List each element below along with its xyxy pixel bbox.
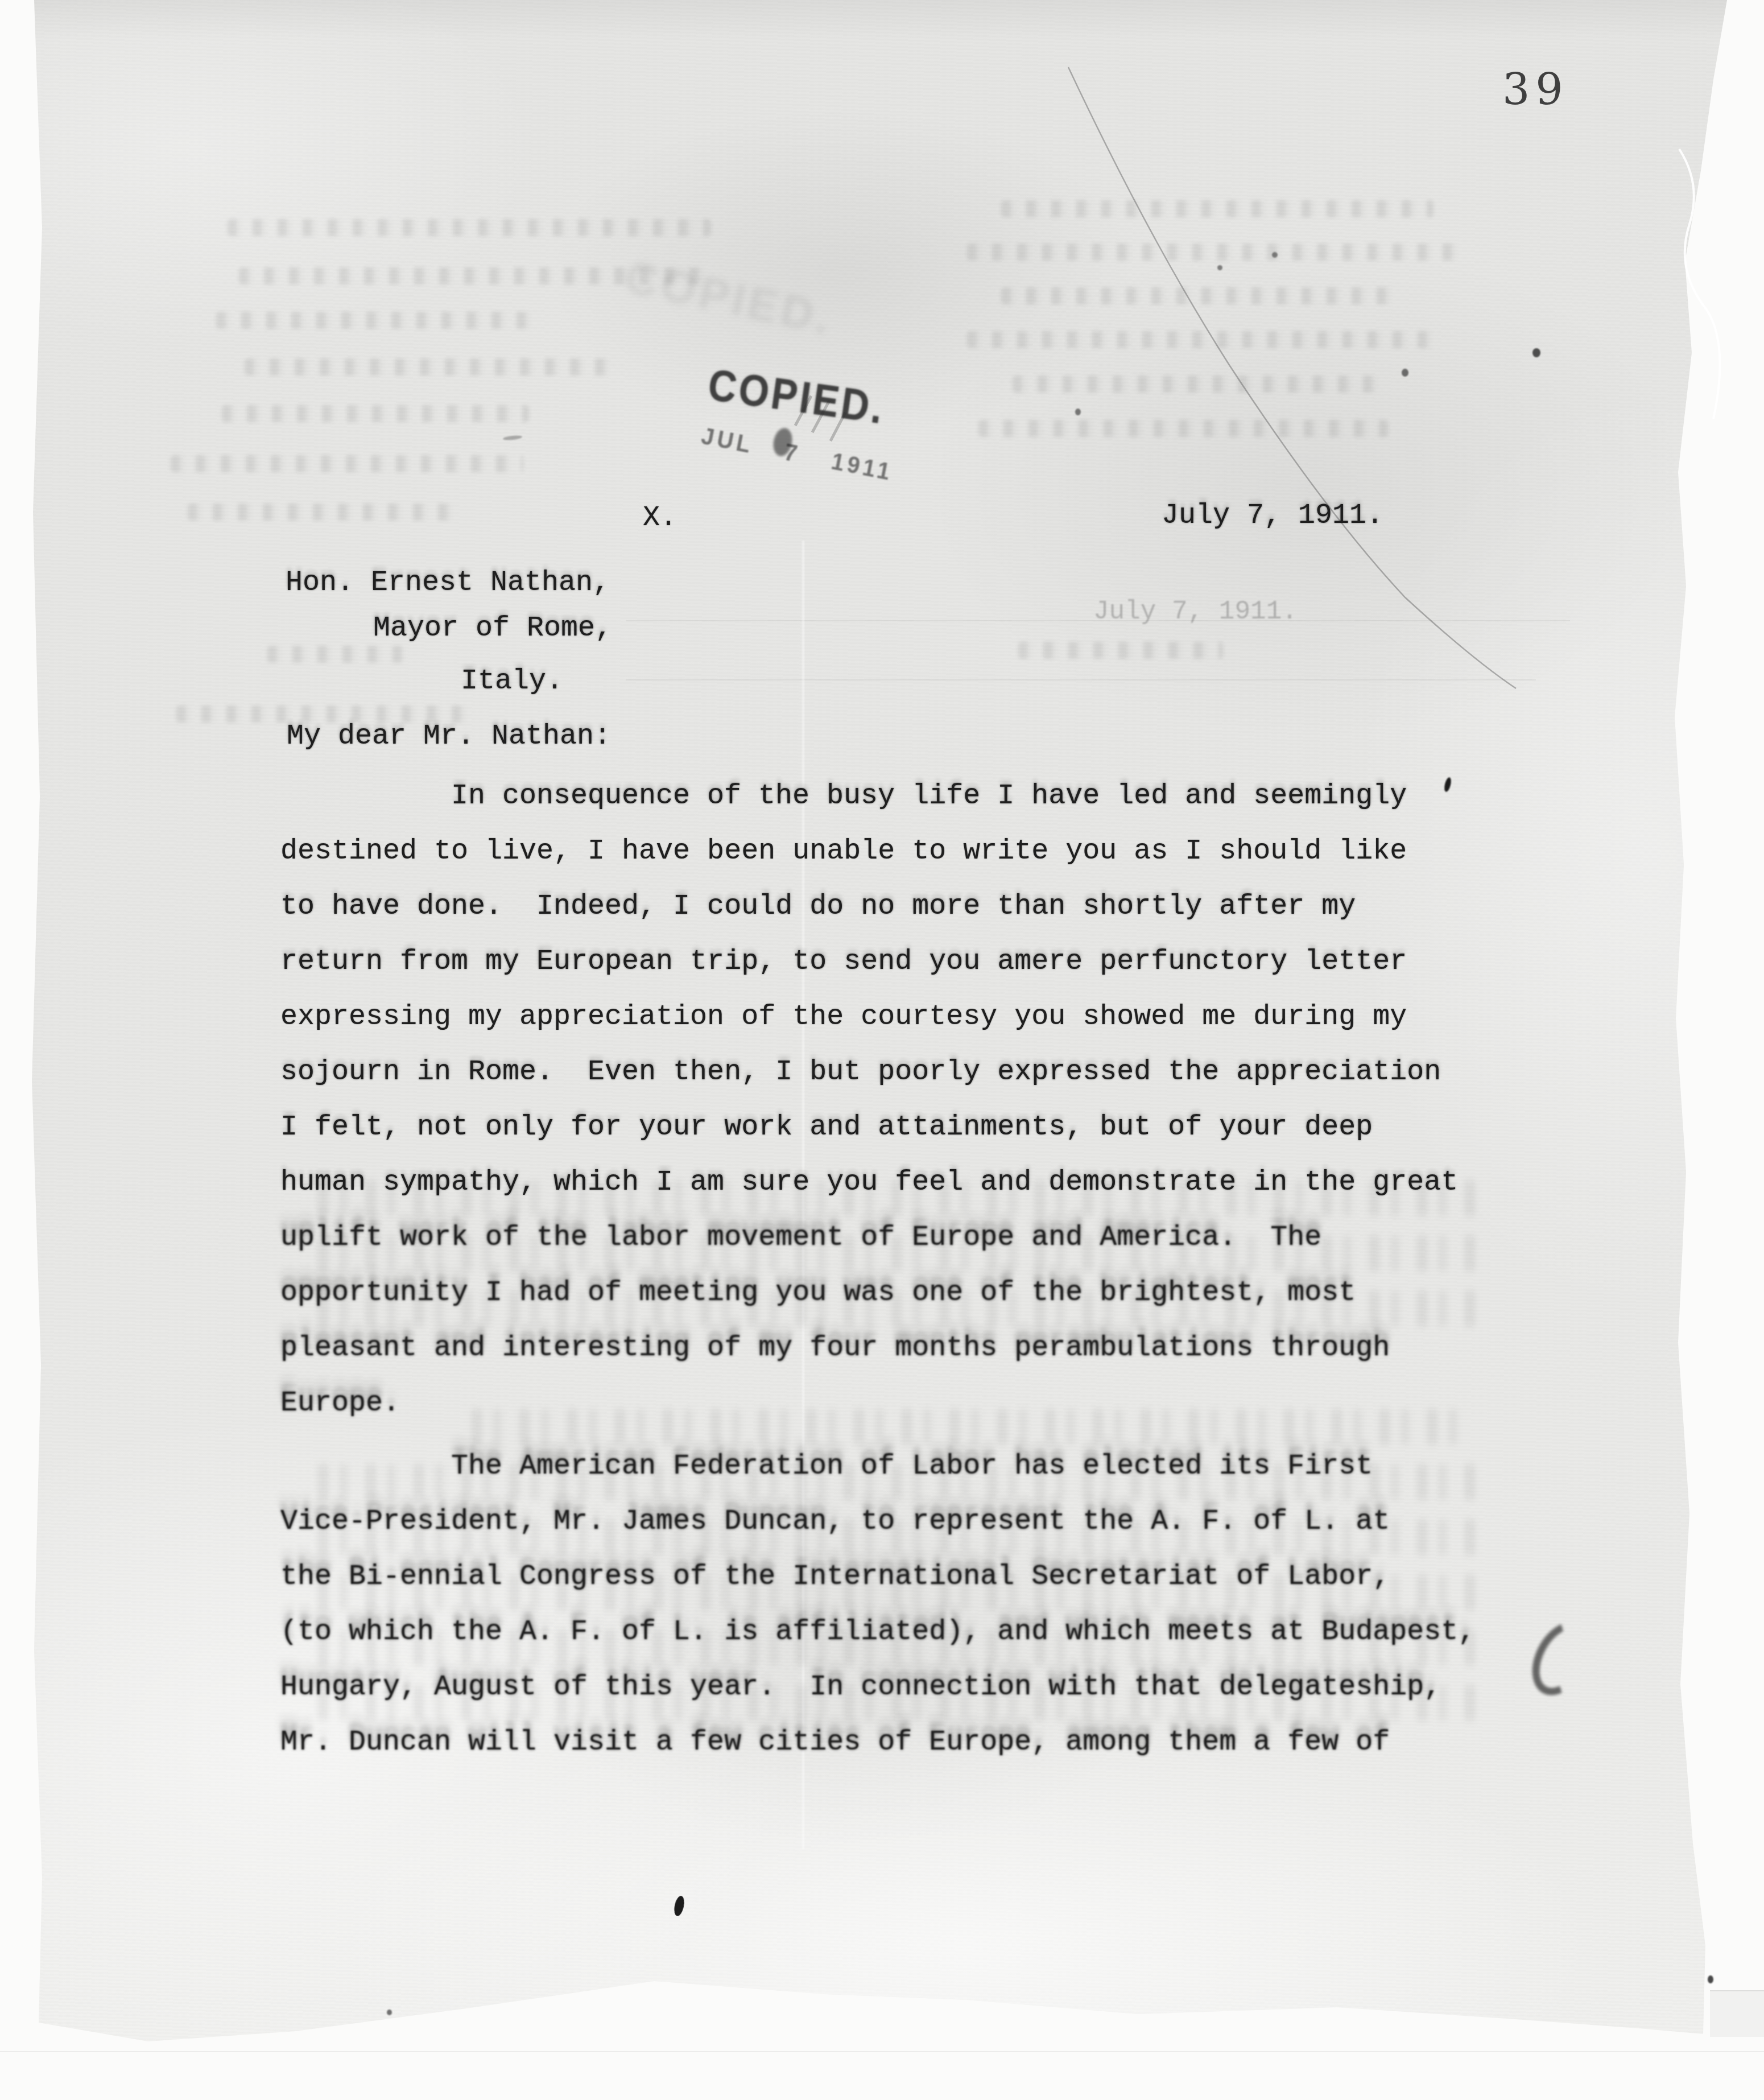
bleed-through-row: [216, 312, 535, 329]
ink-dot: [1708, 1975, 1713, 1983]
scan-edge-line: [0, 2051, 1764, 2052]
recipient-country: Italy.: [461, 667, 563, 696]
letter-date: July 7, 1911.: [1162, 502, 1383, 530]
ink-dot: [1217, 265, 1222, 270]
bleed-through-row: [1001, 200, 1433, 217]
letter-line: to have done. Indeed, I could do no more…: [280, 879, 1555, 934]
bleed-through-row: [1013, 376, 1377, 393]
ink-dot: [387, 2010, 392, 2015]
letter-line: Mr. Duncan will visit a few cities of Eu…: [280, 1715, 1555, 1770]
letter-line: In consequence of the busy life I have l…: [280, 769, 1555, 824]
bleed-through-row: [967, 244, 1456, 261]
letter-line: sojourn in Rome. Even then, I but poorly…: [280, 1045, 1555, 1100]
letter-line: destined to live, I have been unable to …: [280, 824, 1555, 879]
ink-dot: [1075, 409, 1081, 415]
bleed-through-row: [978, 420, 1388, 437]
recipient-title: Mayor of Rome,: [373, 614, 612, 643]
bleed-through-row: [222, 405, 529, 422]
letter-line: pleasant and interesting of my four mont…: [280, 1321, 1555, 1376]
ink-dot: [1532, 348, 1540, 357]
bleed-through-row: [267, 646, 404, 663]
bleed-through-row: [171, 455, 523, 472]
page-number: 39: [1502, 64, 1569, 114]
bleed-through-row: [245, 358, 620, 376]
scanned-letter-page: COPIED. 39 COPIED. JUL 7 1911 X. July 7,…: [0, 0, 1764, 2100]
bleed-through-row: [967, 331, 1439, 348]
second-sheet-edge: [1710, 1990, 1764, 2037]
bleed-through-row: [1018, 642, 1223, 659]
letter-line: expressing my appreciation of the courte…: [280, 989, 1555, 1045]
salutation: My dear Mr. Nathan:: [287, 723, 611, 751]
paragraph-1: In consequence of the busy life I have l…: [280, 769, 1555, 1431]
paragraph-2: The American Federation of Labor has ele…: [280, 1439, 1555, 1770]
bleed-through-row: [188, 504, 461, 521]
recipient-name: Hon. Ernest Nathan,: [286, 569, 610, 597]
letter-body: In consequence of the busy life I have l…: [280, 769, 1555, 1770]
ghost-date-impression: July 7, 1911.: [1093, 599, 1298, 625]
letter-line: I felt, not only for your work and attai…: [280, 1100, 1555, 1155]
ink-dot: [1402, 369, 1408, 377]
bleed-through-row: [228, 219, 711, 236]
platen-line: [626, 679, 1536, 680]
letter-line: return from my European trip, to send yo…: [280, 934, 1555, 989]
ink-dot: [1272, 252, 1278, 258]
bleed-through-row: [1001, 287, 1399, 304]
section-mark: X.: [643, 504, 677, 533]
